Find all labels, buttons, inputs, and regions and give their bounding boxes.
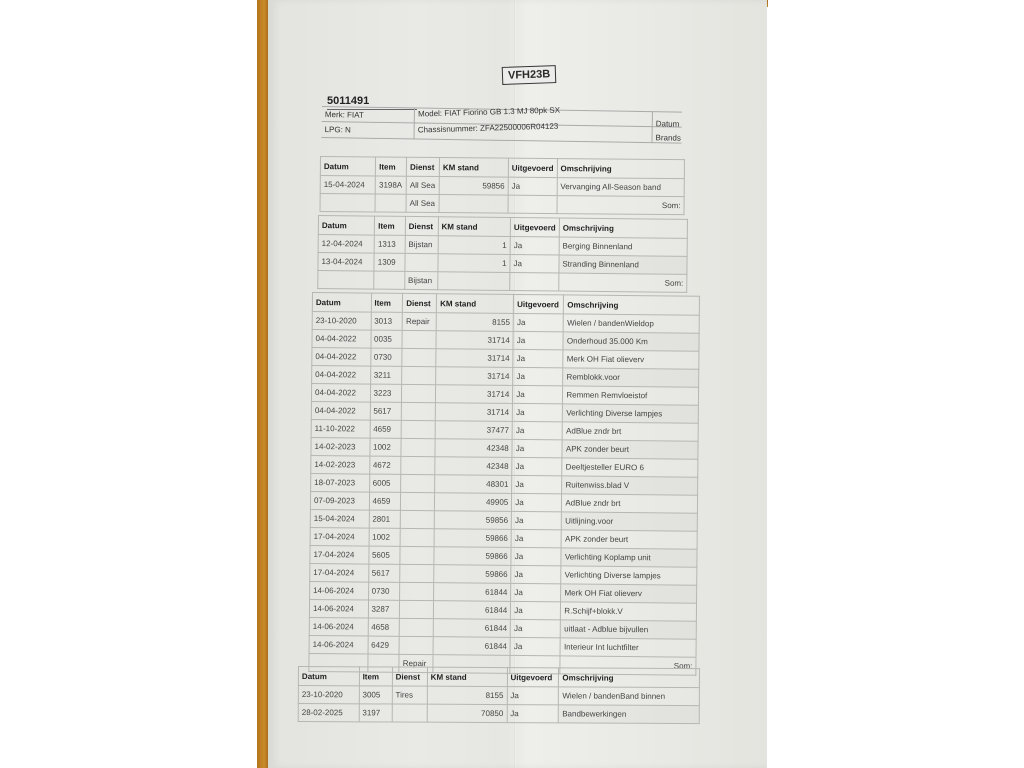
sum-cell-km: [439, 195, 508, 214]
cell-item: 5605: [368, 546, 400, 564]
sum-cell-uitgevoerd: [510, 273, 559, 292]
cell-item: 3223: [370, 384, 402, 402]
sum-cell-item: [375, 194, 406, 212]
cell-item: 0730: [368, 582, 400, 600]
column-header-dienst: Dienst: [406, 157, 439, 176]
sum-cell-datum: [318, 271, 374, 290]
cell-uitgevoerd: Ja: [507, 705, 559, 723]
column-header-km: KM stand: [427, 667, 507, 686]
cell-datum: 04-04-2022: [312, 366, 371, 385]
cell-km: 61844: [434, 583, 511, 602]
cell-dienst: [400, 582, 434, 600]
table-sum-row: BijstanSom:: [318, 271, 687, 293]
cell-item: 5617: [368, 564, 400, 582]
cell-omschrijving: APK zonder beurt: [562, 440, 698, 459]
cell-datum: 14-06-2024: [309, 599, 368, 618]
cell-item: 1002: [369, 438, 401, 456]
header-brands-label: Brands: [655, 133, 680, 142]
cell-item: 1313: [374, 235, 405, 253]
cell-item: 6005: [369, 474, 401, 492]
cell-km: 59866: [434, 547, 511, 566]
cell-dienst: [401, 420, 435, 438]
cell-km: 1: [438, 254, 511, 273]
column-header-km: KM stand: [437, 294, 514, 314]
cell-omschrijving: uitlaat - Adblue bijvullen: [561, 620, 697, 639]
vehicle-brand: Merk: FIAT: [325, 110, 364, 120]
cell-item: 0730: [370, 348, 402, 366]
sum-cell-dienst: Bijstan: [404, 271, 437, 289]
cell-uitgevoerd: Ja: [513, 403, 563, 421]
sum-cell-dienst: All Sea: [406, 194, 439, 212]
cell-omschrijving: AdBlue zndr brt: [562, 422, 698, 441]
header-datum-label: Datum: [656, 119, 680, 128]
cell-omschrijving: Wielen / bandenWieldop: [564, 314, 700, 333]
column-header-dienst: Dienst: [403, 293, 437, 312]
cell-datum: 14-02-2023: [311, 437, 370, 456]
cell-uitgevoerd: Ja: [513, 367, 563, 385]
cell-omschrijving: Wielen / bandenBand binnen: [559, 687, 700, 706]
cell-datum: 11-10-2022: [311, 419, 370, 438]
cell-dienst: [401, 474, 435, 492]
cell-item: 3005: [359, 686, 392, 704]
cell-omschrijving: Berging Binnenland: [559, 237, 687, 256]
column-header-uitgevoerd: Uitgevoerd: [510, 218, 559, 238]
cell-km: 59866: [434, 565, 511, 584]
column-header-datum: Datum: [318, 216, 374, 236]
cell-item: 1002: [369, 528, 401, 546]
column-header-km: KM stand: [438, 217, 511, 237]
column-header-omschrijving: Omschrijving: [564, 295, 700, 315]
cell-km: 8155: [436, 313, 513, 332]
column-header-uitgevoerd: Uitgevoerd: [514, 294, 564, 313]
cell-item: 2801: [369, 510, 401, 528]
column-header-km: KM stand: [439, 158, 508, 178]
column-header-item: Item: [359, 667, 392, 686]
cell-omschrijving: Bandbewerkingen: [559, 705, 700, 724]
cell-dienst: [405, 253, 438, 271]
cell-item: 1309: [374, 253, 405, 271]
cell-uitgevoerd: Ja: [512, 493, 562, 511]
cell-dienst: [400, 564, 434, 582]
sum-label: Som:: [559, 273, 687, 292]
cell-dienst: [402, 384, 436, 402]
cell-uitgevoerd: Ja: [508, 177, 557, 195]
cell-datum: 17-04-2024: [310, 527, 369, 546]
cell-datum: 23-10-2020: [312, 312, 371, 331]
table-sum-row: All SeaSom:: [320, 194, 684, 215]
cell-uitgevoerd: Ja: [512, 421, 562, 439]
cell-item: 3211: [370, 366, 402, 384]
cell-km: 37477: [435, 421, 512, 440]
table-row: 28-02-2025319770850JaBandbewerkingen: [298, 704, 699, 724]
cell-datum: 04-04-2022: [311, 401, 370, 420]
cell-km: 31714: [436, 385, 513, 404]
cell-item: 4658: [368, 618, 400, 636]
cell-datum: 15-04-2024: [310, 509, 369, 528]
cell-km: 8155: [427, 686, 507, 704]
cell-dienst: All Sea: [406, 176, 439, 194]
cell-dienst: Bijstan: [405, 235, 438, 253]
column-header-omschrijving: Omschrijving: [559, 218, 687, 238]
cell-datum: 12-04-2024: [318, 235, 374, 254]
cell-uitgevoerd: Ja: [513, 313, 563, 331]
cell-km: 31714: [436, 403, 513, 422]
cell-datum: 13-04-2024: [318, 253, 374, 272]
cell-omschrijving: Onderhoud 35.000 Km: [563, 332, 699, 351]
cell-dienst: [392, 704, 427, 722]
cell-dienst: [402, 330, 436, 348]
cell-omschrijving: Remmen Remvloeistof: [563, 386, 699, 405]
cell-omschrijving: Ruitenwiss.blad V: [562, 476, 698, 495]
cell-dienst: [400, 618, 434, 636]
cell-omschrijving: Uitlijning.voor: [562, 512, 698, 531]
cell-datum: 15-04-2024: [320, 176, 375, 194]
cell-uitgevoerd: Ja: [511, 547, 561, 565]
cell-omschrijving: Interieur Int luchtfilter: [560, 638, 696, 657]
cell-km: 31714: [436, 367, 513, 386]
cell-item: 3197: [359, 704, 392, 722]
cell-datum: 14-06-2024: [309, 635, 368, 654]
cell-item: 3013: [371, 312, 403, 330]
cell-omschrijving: Remblokk.voor: [563, 368, 699, 387]
cell-dienst: [401, 438, 435, 456]
service-table-assistance: DatumItemDienstKM standUitgevoerdOmschri…: [317, 215, 688, 293]
table-row: 23-10-20203005Tires8155JaWielen / banden…: [298, 686, 699, 706]
sum-cell-datum: [320, 194, 375, 212]
cell-dienst: [400, 600, 434, 618]
cell-uitgevoerd: Ja: [511, 583, 561, 601]
table-header-row: DatumItemDienstKM standUitgevoerdOmschri…: [298, 667, 699, 688]
cell-km: 61844: [433, 637, 510, 656]
cell-datum: 14-02-2023: [311, 455, 370, 474]
cell-dienst: [401, 492, 435, 510]
cell-dienst: Tires: [392, 686, 427, 704]
column-header-item: Item: [376, 157, 407, 176]
cell-datum: 17-04-2024: [310, 563, 369, 582]
column-header-item: Item: [371, 293, 403, 312]
cell-datum: 07-09-2023: [310, 491, 369, 510]
cell-uitgevoerd: Ja: [513, 331, 563, 349]
cell-uitgevoerd: Ja: [512, 475, 562, 493]
cell-km: 61844: [434, 601, 511, 620]
cell-dienst: [401, 510, 435, 528]
license-plate: VFH23B: [502, 65, 557, 85]
cell-km: 42348: [435, 439, 512, 458]
cell-omschrijving: APK zonder beurt: [561, 530, 697, 549]
cell-item: 5617: [370, 402, 402, 420]
cell-dienst: [401, 456, 435, 474]
cell-omschrijving: Stranding Binnenland: [559, 255, 687, 274]
cell-omschrijving: Deeltjesteller EURO 6: [562, 458, 698, 477]
cell-uitgevoerd: Ja: [510, 255, 559, 274]
cell-km: 59856: [439, 177, 508, 196]
cell-km: 59856: [434, 511, 511, 530]
cell-item: 3287: [368, 600, 400, 618]
cell-uitgevoerd: Ja: [512, 457, 562, 475]
column-header-uitgevoerd: Uitgevoerd: [507, 668, 559, 687]
vehicle-header: Merk: FIAT LPG: N Model: FIAT Fiorino GB…: [321, 106, 681, 144]
cell-omschrijving: Verlichting Diverse lampjes: [561, 566, 697, 585]
cell-item: 4672: [369, 456, 401, 474]
cell-km: 31714: [436, 349, 513, 368]
cell-datum: 04-04-2022: [312, 348, 371, 367]
service-table-repair: DatumItemDienstKM standUitgevoerdOmschri…: [308, 292, 700, 676]
cell-omschrijving: Verlichting Diverse lampjes: [563, 404, 699, 423]
cell-datum: 28-02-2025: [298, 704, 359, 722]
cell-dienst: [399, 636, 433, 654]
service-table-all-season: DatumItemDienstKM standUitgevoerdOmschri…: [320, 156, 685, 215]
column-header-datum: Datum: [320, 157, 375, 176]
cell-km: 31714: [436, 331, 513, 350]
vehicle-lpg: LPG: N: [325, 125, 351, 134]
column-header-datum: Datum: [298, 667, 359, 686]
cell-uitgevoerd: Ja: [510, 637, 560, 655]
cell-datum: 04-04-2022: [311, 384, 370, 403]
cell-omschrijving: Verlichting Koplamp unit: [561, 548, 697, 567]
cell-item: 4659: [369, 492, 401, 510]
cell-uitgevoerd: Ja: [513, 385, 563, 403]
column-header-omschrijving: Omschrijving: [559, 668, 700, 688]
cell-datum: 14-06-2024: [310, 581, 369, 600]
cell-km: 59866: [434, 529, 511, 548]
cell-item: 4659: [370, 420, 402, 438]
sum-cell-km: [437, 272, 510, 291]
sum-label: Som:: [557, 196, 684, 215]
cell-km: 1: [438, 236, 511, 255]
cell-dienst: Repair: [402, 312, 436, 330]
cell-uitgevoerd: Ja: [507, 687, 559, 705]
cell-uitgevoerd: Ja: [512, 439, 562, 457]
cell-dienst: [400, 528, 434, 546]
column-header-omschrijving: Omschrijving: [557, 159, 685, 179]
cell-item: 6429: [368, 636, 400, 654]
cell-uitgevoerd: Ja: [510, 237, 559, 256]
column-header-dienst: Dienst: [392, 667, 427, 686]
cell-km: 42348: [435, 457, 512, 476]
cell-omschrijving: AdBlue zndr brt: [562, 494, 698, 513]
cell-item: 3198A: [375, 176, 406, 194]
column-header-item: Item: [375, 216, 406, 235]
cell-uitgevoerd: Ja: [511, 529, 561, 547]
cell-km: 61844: [433, 619, 510, 638]
cell-datum: 04-04-2022: [312, 330, 371, 349]
cell-datum: 17-04-2024: [310, 545, 369, 564]
cell-uitgevoerd: Ja: [511, 601, 561, 619]
cell-uitgevoerd: Ja: [513, 349, 563, 367]
cell-uitgevoerd: Ja: [511, 565, 561, 583]
cell-omschrijving: Merk OH Fiat olieverv: [563, 350, 699, 369]
cell-datum: 23-10-2020: [298, 686, 359, 704]
cell-omschrijving: Merk OH Fiat olieverv: [561, 584, 697, 603]
cell-uitgevoerd: Ja: [511, 511, 561, 529]
cell-km: 48301: [435, 475, 512, 494]
cell-uitgevoerd: Ja: [510, 619, 560, 637]
sum-cell-uitgevoerd: [508, 195, 557, 213]
cell-omschrijving: R.Schijf+blokk.V: [561, 602, 697, 621]
cell-km: 49905: [435, 493, 512, 512]
column-header-datum: Datum: [312, 293, 371, 313]
cell-datum: 18-07-2023: [311, 473, 370, 492]
column-header-dienst: Dienst: [405, 216, 438, 235]
cell-omschrijving: Vervanging All-Season band: [557, 178, 684, 197]
cell-km: 70850: [427, 704, 507, 722]
cell-datum: 14-06-2024: [309, 617, 368, 636]
cell-dienst: [400, 546, 434, 564]
cell-item: 0035: [370, 330, 402, 348]
service-table-tires: DatumItemDienstKM standUitgevoerdOmschri…: [298, 666, 700, 724]
sum-cell-item: [374, 271, 405, 289]
cell-dienst: [402, 348, 436, 366]
cell-dienst: [402, 402, 436, 420]
cell-dienst: [402, 366, 436, 384]
column-header-uitgevoerd: Uitgevoerd: [508, 158, 557, 177]
